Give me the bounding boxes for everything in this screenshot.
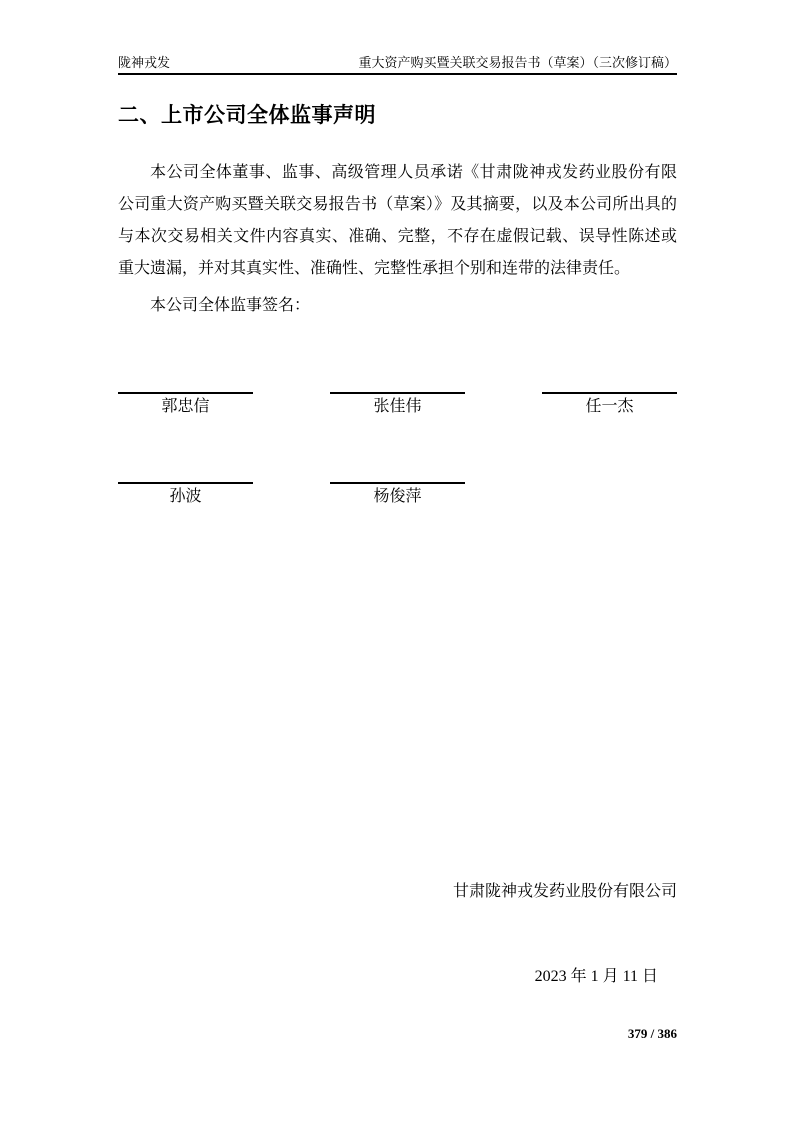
signer-name: 郭忠信 [161, 398, 209, 415]
signature-row-1: 郭忠信 张佳伟 任一杰 [118, 392, 677, 416]
document-date: 2023 年 1 月 11 日 [535, 968, 658, 986]
running-header: 陇神戎发 重大资产购买暨关联交易报告书（草案）（三次修订稿） [118, 0, 677, 75]
signer-name: 任一杰 [585, 398, 633, 415]
signature-cell: 郭忠信 [118, 392, 253, 416]
signature-cell: 张佳伟 [330, 392, 465, 416]
header-document-title: 重大资产购买暨关联交易报告书（草案）（三次修订稿） [358, 55, 677, 70]
declaration-paragraph: 本公司全体董事、监事、高级管理人员承诺《甘肃陇神戎发药业股份有限公司重大资产购买… [118, 157, 677, 285]
page-number: 379 / 386 [628, 1026, 677, 1041]
signer-name: 杨俊萍 [373, 488, 421, 505]
signature-cell: 杨俊萍 [330, 482, 465, 506]
company-name: 甘肃陇神戎发药业股份有限公司 [453, 883, 677, 901]
signature-label: 本公司全体监事签名： [118, 290, 677, 322]
signer-name: 孙波 [169, 488, 201, 505]
page-content: 陇神戎发 重大资产购买暨关联交易报告书（草案）（三次修订稿） 二、上市公司全体监… [118, 0, 677, 506]
signature-cell: 任一杰 [542, 392, 677, 416]
signature-row-2: 孙波 杨俊萍 [118, 482, 677, 506]
document-page: 陇神戎发 重大资产购买暨关联交易报告书（草案）（三次修订稿） 二、上市公司全体监… [0, 0, 793, 1122]
signer-name: 张佳伟 [373, 398, 421, 415]
signature-cell: 孙波 [118, 482, 253, 506]
section-title: 二、上市公司全体监事声明 [118, 104, 677, 128]
header-short-title: 陇神戎发 [118, 55, 170, 70]
